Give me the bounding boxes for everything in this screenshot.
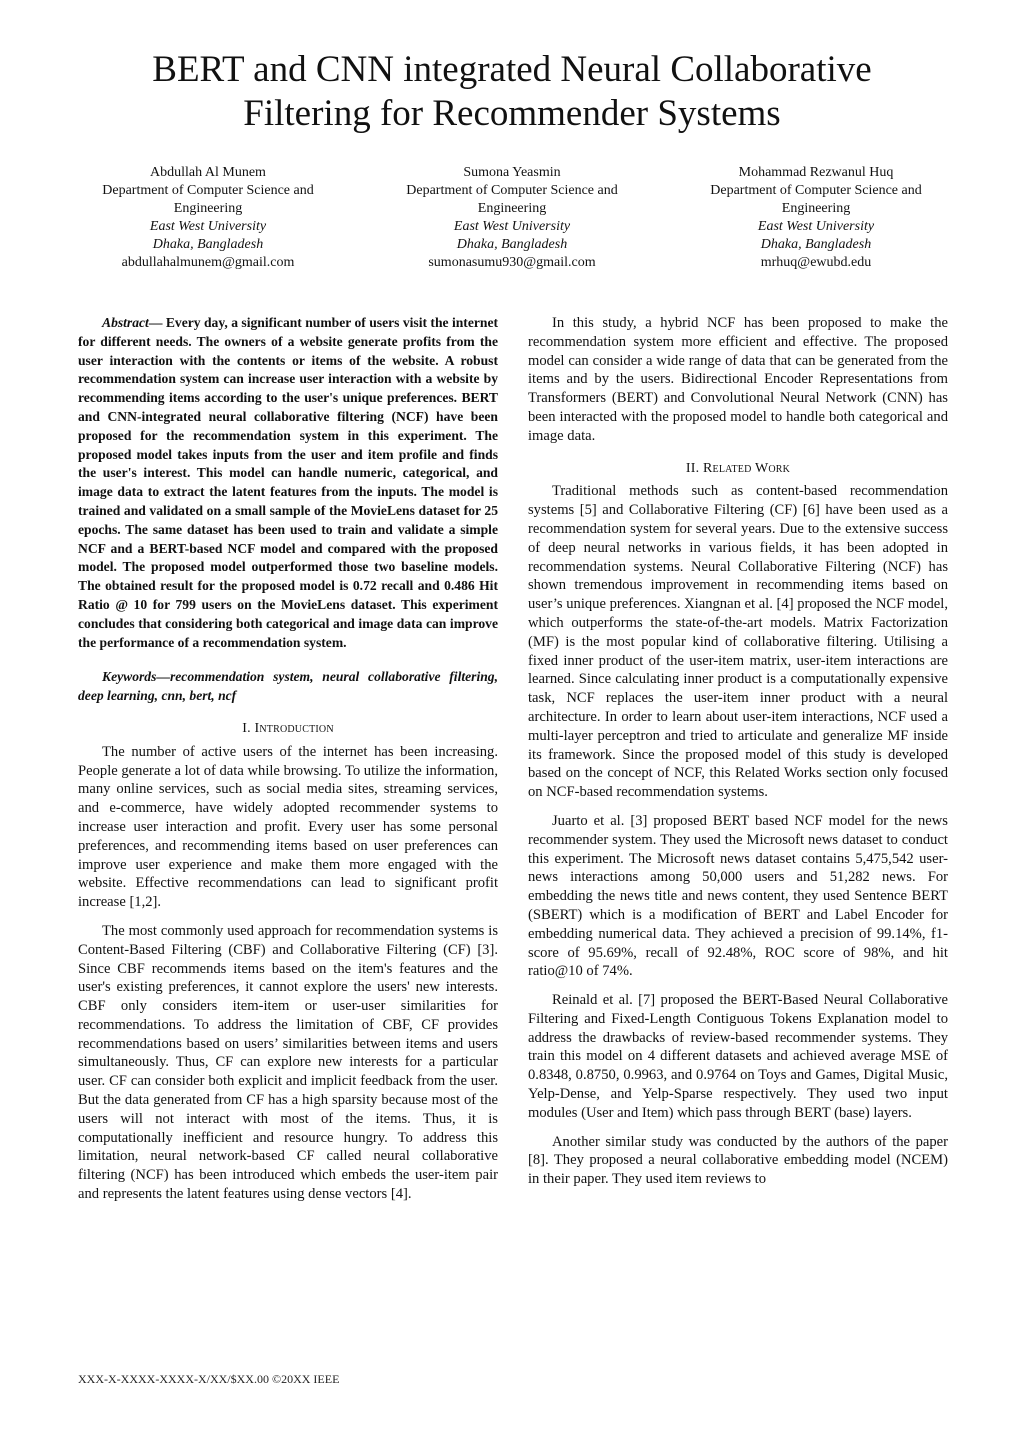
- author-3: Mohammad Rezwanul Huq Department of Comp…: [666, 164, 966, 272]
- author-1: Abdullah Al Munem Department of Computer…: [58, 164, 358, 272]
- title-line-2: Filtering for Recommender Systems: [243, 93, 780, 134]
- author-email: mrhuq@ewubd.edu: [666, 254, 966, 272]
- paragraph: The number of active users of the intern…: [78, 743, 498, 912]
- section-heading-related-work: II. Related Work: [528, 460, 948, 479]
- author-email: sumonasumu930@gmail.com: [362, 254, 662, 272]
- copyright-footer: XXX-X-XXXX-XXXX-X/XX/$XX.00 ©20XX IEEE: [78, 1372, 339, 1387]
- author-university: East West University: [666, 218, 966, 236]
- author-dept-cont: Engineering: [58, 200, 358, 218]
- author-dept: Department of Computer Science and: [58, 182, 358, 200]
- abstract: Abstract— Every day, a significant numbe…: [78, 314, 498, 652]
- author-location: Dhaka, Bangladesh: [362, 236, 662, 254]
- author-email: abdullahalmunem@gmail.com: [58, 254, 358, 272]
- author-2: Sumona Yeasmin Department of Computer Sc…: [362, 164, 662, 272]
- paragraph: The most commonly used approach for reco…: [78, 922, 498, 1204]
- author-dept: Department of Computer Science and: [666, 182, 966, 200]
- abstract-text: Every day, a significant number of users…: [78, 315, 498, 650]
- author-name: Mohammad Rezwanul Huq: [666, 164, 966, 182]
- left-column: Abstract— Every day, a significant numbe…: [78, 314, 498, 1204]
- author-name: Abdullah Al Munem: [58, 164, 358, 182]
- title-line-1: BERT and CNN integrated Neural Collabora…: [152, 49, 871, 90]
- author-location: Dhaka, Bangladesh: [666, 236, 966, 254]
- author-dept: Department of Computer Science and: [362, 182, 662, 200]
- abstract-label: Abstract: [102, 315, 149, 330]
- author-university: East West University: [58, 218, 358, 236]
- author-dept-cont: Engineering: [666, 200, 966, 218]
- paragraph: In this study, a hybrid NCF has been pro…: [528, 314, 948, 446]
- paragraph: Another similar study was conducted by t…: [528, 1133, 948, 1189]
- paragraph: Traditional methods such as content-base…: [528, 482, 948, 802]
- author-name: Sumona Yeasmin: [362, 164, 662, 182]
- author-university: East West University: [362, 218, 662, 236]
- section-heading-introduction: I. Introduction: [78, 720, 498, 739]
- paragraph: Reinald et al. [7] proposed the BERT-Bas…: [528, 991, 948, 1123]
- paper-title: BERT and CNN integrated Neural Collabora…: [0, 48, 1024, 136]
- author-dept-cont: Engineering: [362, 200, 662, 218]
- paragraph: Juarto et al. [3] proposed BERT based NC…: [528, 812, 948, 981]
- abstract-dash: —: [149, 315, 166, 330]
- keywords: Keywords—recommendation system, neural c…: [78, 668, 498, 706]
- author-location: Dhaka, Bangladesh: [58, 236, 358, 254]
- right-column: In this study, a hybrid NCF has been pro…: [528, 314, 948, 1189]
- author-block: Abdullah Al Munem Department of Computer…: [58, 164, 966, 272]
